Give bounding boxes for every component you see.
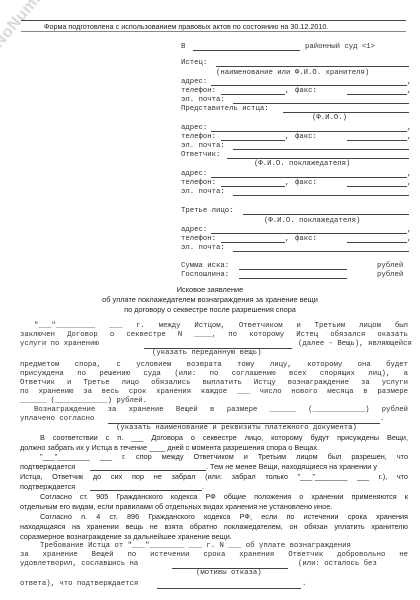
defendant-row: Ответчик: [181,151,409,160]
third-party-name-field[interactable] [243,214,409,215]
p7-line-4a: ответа), что подтверждается [20,580,138,588]
representative-phone-row: телефон: , факс: , [181,133,409,142]
claim-amount-field[interactable] [239,269,347,270]
plaintiff-fax-field[interactable] [347,94,407,95]
claim-amount-label: Сумма иска: [181,262,229,271]
email-label: эл. почта: [181,244,225,253]
p7-line-3b: (или: осталось без [298,560,377,568]
representative-label: Представитель истца: [181,105,269,114]
email-label: эл. почта: [181,96,225,105]
period: . [380,415,384,423]
defendant-name-field[interactable] [227,158,409,159]
p4-line-2b: . Тем не менее Вещи, находящиеся на хран… [206,462,377,471]
defendant-label: Ответчик: [181,151,220,160]
plaintiff-row: Истец: [181,59,409,68]
p1-line-3b: (далее - Вещь), являющейся [298,340,412,348]
p5-line-1: Согласно ст. 905 Гражданского кодекса РФ… [40,492,408,502]
representative-email-field[interactable] [233,149,409,150]
p6-line-1: Согласно п. 4 ст. 896 Гражданского кодек… [40,512,408,522]
representative-name-field[interactable] [283,112,409,113]
third-party-phone-row: телефон: , факс: , [181,235,409,244]
plaintiff-name-field[interactable] [216,66,409,67]
address-label: адрес: [181,78,207,87]
address-label: адрес: [181,124,207,133]
p4-line-2a: подтверждается [20,462,75,471]
fax-label: факс: [295,133,317,142]
email-label: эл. почта: [181,142,225,151]
fax-label: факс: [295,87,317,96]
plaintiff-email-field[interactable] [233,103,409,104]
p6-line-2: находящаяся на хранении вещь не взята об… [20,522,408,532]
representative-address-row: адрес: , [181,124,409,133]
currency-label: рублей [377,271,403,280]
document-title: Исковое заявление [0,285,420,295]
plaintiff-phone-row: телефон: , факс: , [181,87,409,96]
phone-label: телефон: [181,133,216,142]
third-party-row: Третье лицо: [181,207,409,216]
document-subtitle-1: об уплате поклажедателем вознаграждения … [0,295,420,305]
phone-label: телефон: [181,235,216,244]
document-subtitle-2: по договору о секвестре после разрешения… [0,305,420,315]
representative-phone-field[interactable] [221,140,285,141]
header-rule-bottom [21,31,406,32]
not-collected-proof-field[interactable] [90,490,202,491]
representative-fax-field[interactable] [347,140,407,141]
plaintiff-note: (наименование или Ф.И.О. хранителя) [216,69,369,77]
phone-label: телефон: [181,87,216,96]
court-name-field[interactable] [193,50,300,51]
p6-line-3: соразмерное вознаграждение за дальнейшее… [20,532,408,542]
no-response-proof-field[interactable] [157,588,301,589]
court-row: В районный суд <1> [181,43,409,52]
plaintiff-address-row: адрес: , [181,78,409,87]
p7-line-1: Требование Истца от "___"________ ___ г.… [40,542,351,550]
p5-line-2: отдельным его видам, если правилами об о… [20,502,408,512]
resolution-proof-field[interactable] [90,470,206,471]
state-duty-field[interactable] [239,278,347,279]
defendant-note: (Ф.И.О. поклажедателя) [254,160,350,168]
p3-line-1: В соответствии с п. ___ Договора о секве… [40,433,408,443]
p4-line-1: "___"________ ___ г. спор между Ответчик… [40,452,408,462]
plaintiff-label: Истец: [181,59,207,68]
fax-label: факс: [295,235,317,244]
email-label: эл. почта: [181,188,225,197]
p4-line-3: Истца, Ответчик до сих пор не забрал (ил… [20,472,408,482]
representative-row: Представитель истца: [181,105,409,114]
plaintiff-address-field[interactable] [211,85,407,86]
currency-label: рублей [377,262,403,271]
representative-email-row: эл. почта: [181,142,409,151]
defendant-email-row: эл. почта: [181,188,409,197]
third-party-email-field[interactable] [233,251,409,252]
p2-line-2a: уплачено согласно [20,415,94,423]
defendant-email-field[interactable] [233,195,409,196]
defendant-address-field[interactable] [211,177,407,178]
court-prefix: В [181,43,185,52]
defendant-phone-row: телефон: , факс: , [181,179,409,188]
payment-document-note: (указать наименование и реквизиты платеж… [116,424,357,432]
defendant-phone-field[interactable] [221,186,285,187]
period: . [302,580,306,588]
third-party-phone-field[interactable] [221,242,285,243]
deposited-item-note: (указать переданную вещь) [152,349,261,357]
representative-note: (Ф.И.О.) [312,114,347,122]
p7-line-3a: удовлетворил, сославшись на [20,560,138,568]
third-party-note: (Ф.И.О. поклажедателя) [264,217,360,225]
phone-label: телефон: [181,179,216,188]
p1-line-3a: услуги по хранению [20,340,99,348]
defendant-address-row: адрес: , [181,170,409,179]
header-rule-top [21,20,406,21]
third-party-email-row: эл. почта: [181,244,409,253]
third-party-fax-field[interactable] [347,242,407,243]
p4-line-4a: подтверждается [20,482,75,491]
representative-address-field[interactable] [211,131,407,132]
court-suffix: районный суд <1> [305,43,375,52]
form-notice: Форма подготовлена с использованием прав… [44,22,328,31]
third-party-label: Третье лицо: [181,207,234,216]
claim-amount-row: Сумма иска: рублей [181,262,409,271]
state-duty-row: Госпошлина: рублей [181,271,409,280]
third-party-address-row: адрес: , [181,226,409,235]
state-duty-label: Госпошлина: [181,271,229,280]
plaintiff-email-row: эл. почта: [181,96,409,105]
period: . [202,482,204,491]
refusal-reasons-note: (мотивы отказа) [196,569,262,577]
plaintiff-phone-field[interactable] [221,94,285,95]
third-party-address-field[interactable] [211,233,407,234]
address-label: адрес: [181,226,207,235]
defendant-fax-field[interactable] [347,186,407,187]
fax-label: факс: [295,179,317,188]
address-label: адрес: [181,170,207,179]
